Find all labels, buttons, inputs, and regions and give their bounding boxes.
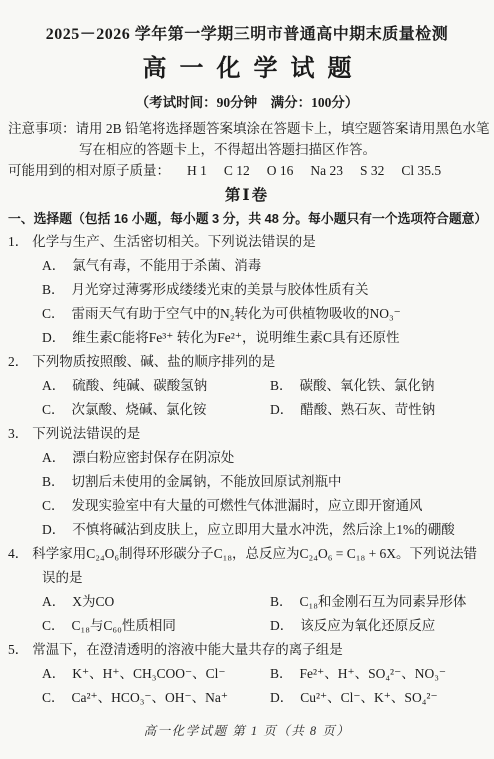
option-text: Cu²⁺、Cl⁻、K⁺、SO₄²⁻ bbox=[300, 690, 437, 705]
option-b: B．月光穿过薄雾形成缕缕光束的美景与胶体性质有关 bbox=[42, 278, 486, 302]
option-text: 次氯酸、烧碱、氯化铵 bbox=[72, 402, 207, 417]
option-label: D． bbox=[270, 690, 293, 705]
option-text: 维生素C能将Fe³⁺ 转化为Fe²⁺，说明维生素C具有还原性 bbox=[72, 330, 399, 345]
question-stem: 1．化学与生产、生活密切相关。下列说法错误的是 bbox=[8, 230, 486, 254]
option-label: A． bbox=[42, 450, 65, 465]
option-a: A．K⁺、H⁺、CH₃COO⁻、Cl⁻ bbox=[42, 662, 270, 686]
option-c: C．次氯酸、烧碱、氯化铵 bbox=[42, 398, 270, 422]
atomic-mass-item: Na 23 bbox=[310, 163, 343, 178]
question-stem-text: 下列说法错误的是 bbox=[32, 426, 140, 441]
atomic-mass-item: H 1 bbox=[187, 163, 207, 178]
option-b: B．Fe²⁺、H⁺、SO₄²⁻、NO₃⁻ bbox=[270, 662, 486, 686]
volume-heading: 第Ⅰ卷 bbox=[8, 183, 486, 208]
option-c: C．Ca²⁺、HCO₃⁻、OH⁻、Na⁺ bbox=[42, 686, 270, 710]
option-text: 漂白粉应密封保存在阴凉处 bbox=[72, 450, 234, 465]
option-text: 氯气有毒，不能用于杀菌、消毒 bbox=[72, 258, 261, 273]
option-label: D． bbox=[270, 618, 293, 633]
atomic-mass-item: O 16 bbox=[267, 163, 294, 178]
option-text: 发现实验室中有大量的可燃性气体泄漏时，应立即开窗通风 bbox=[72, 498, 423, 513]
section-heading: 一、选择题（包括 16 小题，每小题 3 分，共 48 分。每小题只有一个选项符… bbox=[8, 208, 486, 230]
options: A．漂白粉应密封保存在阴凉处 B．切割后未使用的金属钠，不能放回原试剂瓶中 C．… bbox=[8, 446, 486, 542]
question-stem: 2．下列物质按照酸、碱、盐的顺序排列的是 bbox=[8, 350, 486, 374]
option-label: C． bbox=[42, 498, 65, 513]
option-text: C₁₈和金刚石互为同素异形体 bbox=[300, 594, 467, 609]
option-text: X为CO bbox=[72, 594, 114, 609]
question-stem-text: 常温下，在澄清透明的溶液中能大量共存的离子组是 bbox=[32, 642, 343, 657]
option-a: A．硫酸、纯碱、碳酸氢钠 bbox=[42, 374, 270, 398]
question-number: 5． bbox=[8, 642, 28, 657]
option-c: C．雷雨天气有助于空气中的N₂转化为可供植物吸收的NO₃⁻ bbox=[42, 302, 486, 326]
atomic-mass-label: 可能用到的相对原子质量： bbox=[8, 163, 170, 178]
exam-paper: 2025－2026 学年第一学期三明市普通高中期末质量检测 高一化学试题 （考试… bbox=[0, 0, 494, 759]
question-5: 5．常温下，在澄清透明的溶液中能大量共存的离子组是 A．K⁺、H⁺、CH₃COO… bbox=[8, 638, 486, 710]
atomic-mass-line: 可能用到的相对原子质量：H 1C 12O 16Na 23S 32Cl 35.5 bbox=[8, 160, 486, 181]
question-stem-text: 科学家用C₂₄O₆制得环形碳分子C₁₈，总反应为C₂₄O₆ = C₁₈ + 6X… bbox=[32, 546, 477, 585]
options: A．硫酸、纯碱、碳酸氢钠 B．碳酸、氧化铁、氯化钠 C．次氯酸、烧碱、氯化铵 D… bbox=[8, 374, 486, 422]
question-4: 4．科学家用C₂₄O₆制得环形碳分子C₁₈，总反应为C₂₄O₆ = C₁₈ + … bbox=[8, 542, 486, 638]
notice-line-1: 注意事项：请用 2B 铅笔将选择题答案填涂在答题卡上，填空题答案请用黑色水笔 bbox=[8, 118, 486, 139]
options: A．氯气有毒，不能用于杀菌、消毒 B．月光穿过薄雾形成缕缕光束的美景与胶体性质有… bbox=[8, 254, 486, 350]
option-label: D． bbox=[270, 402, 293, 417]
page-footer: 高一化学试题 第 1 页（共 8 页） bbox=[8, 722, 486, 740]
option-d: D．维生素C能将Fe³⁺ 转化为Fe²⁺，说明维生素C具有还原性 bbox=[42, 326, 486, 350]
option-text: K⁺、H⁺、CH₃COO⁻、Cl⁻ bbox=[72, 666, 225, 681]
option-c: C．C₁₈与C₆₀性质相同 bbox=[42, 614, 270, 638]
option-text: 月光穿过薄雾形成缕缕光束的美景与胶体性质有关 bbox=[72, 282, 369, 297]
option-text: Fe²⁺、H⁺、SO₄²⁻、NO₃⁻ bbox=[300, 666, 447, 681]
question-1: 1．化学与生产、生活密切相关。下列说法错误的是 A．氯气有毒，不能用于杀菌、消毒… bbox=[8, 230, 486, 350]
option-label: A． bbox=[42, 378, 65, 393]
option-label: B． bbox=[270, 378, 293, 393]
question-stem: 5．常温下，在澄清透明的溶液中能大量共存的离子组是 bbox=[8, 638, 486, 662]
question-2: 2．下列物质按照酸、碱、盐的顺序排列的是 A．硫酸、纯碱、碳酸氢钠 B．碳酸、氧… bbox=[8, 350, 486, 422]
option-label: B． bbox=[42, 282, 65, 297]
option-text: 碳酸、氧化铁、氯化钠 bbox=[300, 378, 435, 393]
question-number: 4． bbox=[8, 546, 28, 561]
option-a: A．氯气有毒，不能用于杀菌、消毒 bbox=[42, 254, 486, 278]
option-text: 该反应为氧化还原反应 bbox=[300, 618, 435, 633]
option-d: D．该反应为氧化还原反应 bbox=[270, 614, 486, 638]
option-a: A．漂白粉应密封保存在阴凉处 bbox=[42, 446, 486, 470]
exam-session-title: 2025－2026 学年第一学期三明市普通高中期末质量检测 bbox=[8, 24, 486, 46]
option-label: D． bbox=[42, 330, 65, 345]
option-b: B．碳酸、氧化铁、氯化钠 bbox=[270, 374, 486, 398]
option-text: Ca²⁺、HCO₃⁻、OH⁻、Na⁺ bbox=[72, 690, 229, 705]
question-stem-text: 化学与生产、生活密切相关。下列说法错误的是 bbox=[32, 234, 316, 249]
option-label: A． bbox=[42, 258, 65, 273]
option-label: C． bbox=[42, 402, 65, 417]
question-3: 3．下列说法错误的是 A．漂白粉应密封保存在阴凉处 B．切割后未使用的金属钠，不… bbox=[8, 422, 486, 542]
option-d: D．Cu²⁺、Cl⁻、K⁺、SO₄²⁻ bbox=[270, 686, 486, 710]
option-label: B． bbox=[42, 474, 65, 489]
option-text: 硫酸、纯碱、碳酸氢钠 bbox=[72, 378, 207, 393]
option-label: A． bbox=[42, 666, 65, 681]
question-number: 2． bbox=[8, 354, 28, 369]
option-label: C． bbox=[42, 306, 65, 321]
notice-line-2: 写在相应的答题卡上，不得超出答题扫描区作答。 bbox=[8, 139, 486, 160]
paper-title: 高一化学试题 bbox=[8, 53, 486, 85]
option-label: A． bbox=[42, 594, 65, 609]
option-text: 雷雨天气有助于空气中的N₂转化为可供植物吸收的NO₃⁻ bbox=[72, 306, 401, 321]
question-stem: 4．科学家用C₂₄O₆制得环形碳分子C₁₈，总反应为C₂₄O₆ = C₁₈ + … bbox=[8, 542, 486, 590]
atomic-mass-item: S 32 bbox=[360, 163, 384, 178]
option-label: D． bbox=[42, 522, 65, 537]
question-stem: 3．下列说法错误的是 bbox=[8, 422, 486, 446]
option-d: D．不慎将碱沾到皮肤上，应立即用大量水冲洗，然后涂上1%的硼酸 bbox=[42, 518, 486, 542]
option-c: C．发现实验室中有大量的可燃性气体泄漏时，应立即开窗通风 bbox=[42, 494, 486, 518]
option-text: 不慎将碱沾到皮肤上，应立即用大量水冲洗，然后涂上1%的硼酸 bbox=[72, 522, 455, 537]
options: A．K⁺、H⁺、CH₃COO⁻、Cl⁻ B．Fe²⁺、H⁺、SO₄²⁻、NO₃⁻… bbox=[8, 662, 486, 710]
option-text: C₁₈与C₆₀性质相同 bbox=[72, 618, 176, 633]
option-label: B． bbox=[270, 594, 293, 609]
exam-info: （考试时间：90分钟 满分：100分） bbox=[8, 93, 486, 113]
option-b: B．C₁₈和金刚石互为同素异形体 bbox=[270, 590, 486, 614]
question-stem-text: 下列物质按照酸、碱、盐的顺序排列的是 bbox=[32, 354, 275, 369]
atomic-mass-item: Cl 35.5 bbox=[401, 163, 441, 178]
option-text: 醋酸、熟石灰、苛性钠 bbox=[300, 402, 435, 417]
option-label: C． bbox=[42, 618, 65, 633]
option-b: B．切割后未使用的金属钠，不能放回原试剂瓶中 bbox=[42, 470, 486, 494]
options: A．X为CO B．C₁₈和金刚石互为同素异形体 C．C₁₈与C₆₀性质相同 D．… bbox=[8, 590, 486, 638]
option-d: D．醋酸、熟石灰、苛性钠 bbox=[270, 398, 486, 422]
option-label: C． bbox=[42, 690, 65, 705]
option-text: 切割后未使用的金属钠，不能放回原试剂瓶中 bbox=[72, 474, 342, 489]
option-a: A．X为CO bbox=[42, 590, 270, 614]
atomic-mass-item: C 12 bbox=[224, 163, 250, 178]
question-number: 1． bbox=[8, 234, 28, 249]
option-label: B． bbox=[270, 666, 293, 681]
question-number: 3． bbox=[8, 426, 28, 441]
